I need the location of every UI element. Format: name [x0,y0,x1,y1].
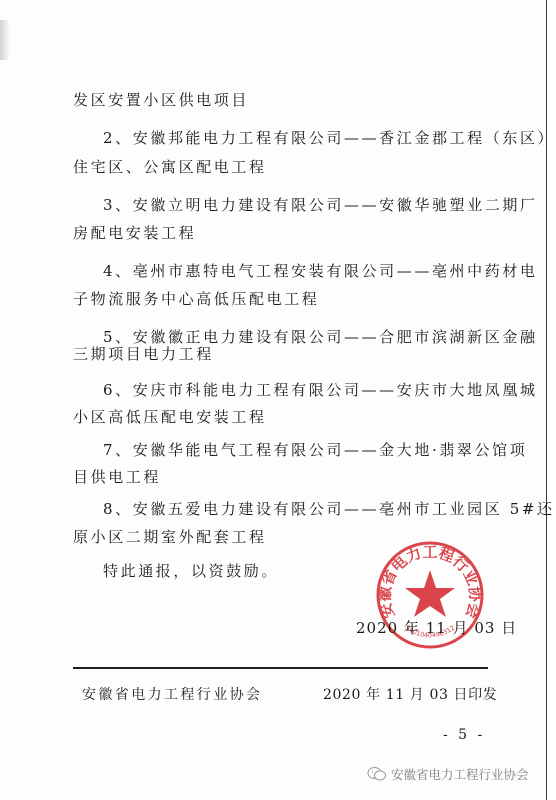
star-icon [405,570,455,617]
page-number: - 5 - [443,727,485,743]
body-line: 发区安置小区供电项目 [73,90,249,110]
list-item-6: 6、安庆市科能电力工程有限公司——安庆市大地凤凰城 [103,380,538,400]
body-line: 子物流服务中心高低压配电工程 [73,289,319,309]
svg-text:3401040496312: 3401040496312 [404,624,457,640]
list-item-2: 2、安徽邦能电力工程有限公司——香江金郡工程（东区） [103,128,555,148]
official-seal: 安徽省电力工程行业协会 3401040496312 [375,540,485,650]
list-item-3: 3、安徽立明电力建设有限公司——安徽华驰塑业二期厂 [103,195,538,215]
body-line: 原小区二期室外配套工程 [73,527,267,547]
body-line: 目供电工程 [73,467,161,487]
list-item-8: 8、安徽五爱电力建设有限公司——亳州市工业园区 5#还 [103,499,555,519]
footer-organization: 安徽省电力工程行业协会 [82,684,262,704]
body-line: 小区高低压配电安装工程 [73,407,267,427]
list-item-4: 4、亳州市惠特电气工程安装有限公司——亳州中药材电 [103,261,538,281]
body-line: 住宅区、公寓区配电工程 [73,157,267,177]
footer-divider [73,667,488,669]
list-item-7: 7、安徽华能电气工程有限公司——金大地·翡翠公馆项 [103,440,527,460]
footer-issue-date: 2020 年 11 月 03 日印发 [323,684,497,704]
seal-icon: 安徽省电力工程行业协会 3401040496312 [375,540,485,650]
seal-code: 3401040496312 [404,624,457,640]
wechat-watermark: 安徽省电力工程行业协会 [367,765,529,783]
body-line: 房配电安装工程 [73,223,196,243]
wechat-icon [367,766,387,782]
document-page: 发区安置小区供电项目 2、安徽邦能电力工程有限公司——香江金郡工程（东区） 住宅… [0,0,547,800]
body-line: 三期项目电力工程 [73,344,214,364]
watermark-text: 安徽省电力工程行业协会 [391,765,529,783]
scan-artifact [0,20,10,60]
closing-statement: 特此通报，以资鼓励。 [103,561,279,581]
